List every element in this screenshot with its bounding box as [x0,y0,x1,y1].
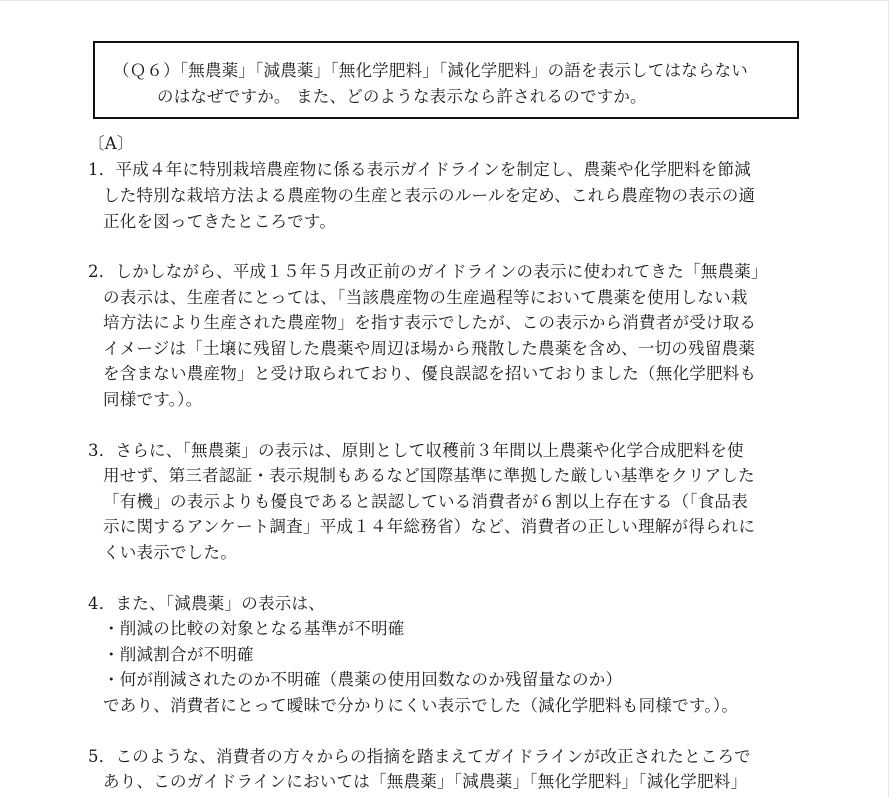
section-5-line-2: あり、このガイドラインにおいては「無農薬」「減農薬」「無化学肥料」「減化学肥料」 [103,772,747,792]
section-2-line-6: 同様です。）。 [103,390,202,410]
question-line-2: のはなぜですか。 また、どのような表示なら許されるのですか。 [157,83,647,107]
section-3-line-1: 3．さらに、「無農薬」の表示は、原則として収穫前３年間以上農薬や化学合成肥料を使 [88,441,744,461]
section-4-bullet-2: ・削減割合が不明確 [103,645,254,665]
section-2-line-2: の表示は、生産者にとっては、「当該農産物の生産過程等において農薬を使用しない栽 [103,288,748,308]
section-2-line-5: を含まない農産物」と受け取られており、優良誤認を招いておりました（無化学肥料も [103,364,756,384]
document-page: （Ｑ６）「無農薬」「減農薬」「無化学肥料」「減化学肥料」の語を表示してはならない… [0,0,889,798]
section-4-bullet-1: ・削減の比較の対象となる基準が不明確 [103,619,405,639]
section-2-line-4: イメージは「土壌に残留した農薬や周辺ほ場から飛散した農薬を含め、一切の残留農薬 [103,339,755,359]
question-line-1: （Ｑ６）「無農薬」「減農薬」「無化学肥料」「減化学肥料」の語を表示してはならない [113,57,748,81]
section-4-bullet-3: ・何が削減されたのか不明確（農薬の使用回数なのか残留量なのか） [103,670,622,690]
section-5-line-1: 5．このような、消費者の方々からの指摘を踏まえてガイドラインが改正されたところで [88,747,751,767]
section-1-line-3: 正化を図ってきたところです。 [103,212,336,232]
section-2-line-1: 2．しかしながら、平成１５年５月改正前のガイドラインの表示に使われてきた「無農薬… [88,262,768,282]
section-3-line-2: 用せず、第三者認証・表示規制もあるなど国際基準に準拠した厳しい基準をクリアした [103,466,755,486]
question-box: （Ｑ６）「無農薬」「減農薬」「無化学肥料」「減化学肥料」の語を表示してはならない… [93,41,799,119]
section-4-line-5: であり、消費者にとって曖昧で分かりにくい表示でした（減化学肥料も同様です。）。 [103,696,738,716]
answer-label: 〔A〕 [88,134,134,154]
section-2-line-3: 培方法により生産された農産物」を指す表示でしたが、この表示から消費者が受け取る [103,313,756,333]
section-3-line-3: 「有機」の表示よりも優良であると誤認している消費者が６割以上存在する（「食品表 [103,492,748,512]
section-3-line-5: くい表示でした。 [103,543,237,563]
section-4-line-1: 4．また、「減農薬」の表示は、 [88,594,325,614]
section-1-line-1: 1．平成４年に特別栽培農産物に係る表示ガイドラインを制定し、農薬や化学肥料を節減 [88,160,751,180]
section-3-line-4: 示に関するアンケート調査」平成１４年総務省）など、消費者の正しい理解が得られに [103,517,755,537]
section-1-line-2: した特別な栽培方法よる農産物の生産と表示のルールを定め、これら農産物の表示の適 [103,186,755,206]
